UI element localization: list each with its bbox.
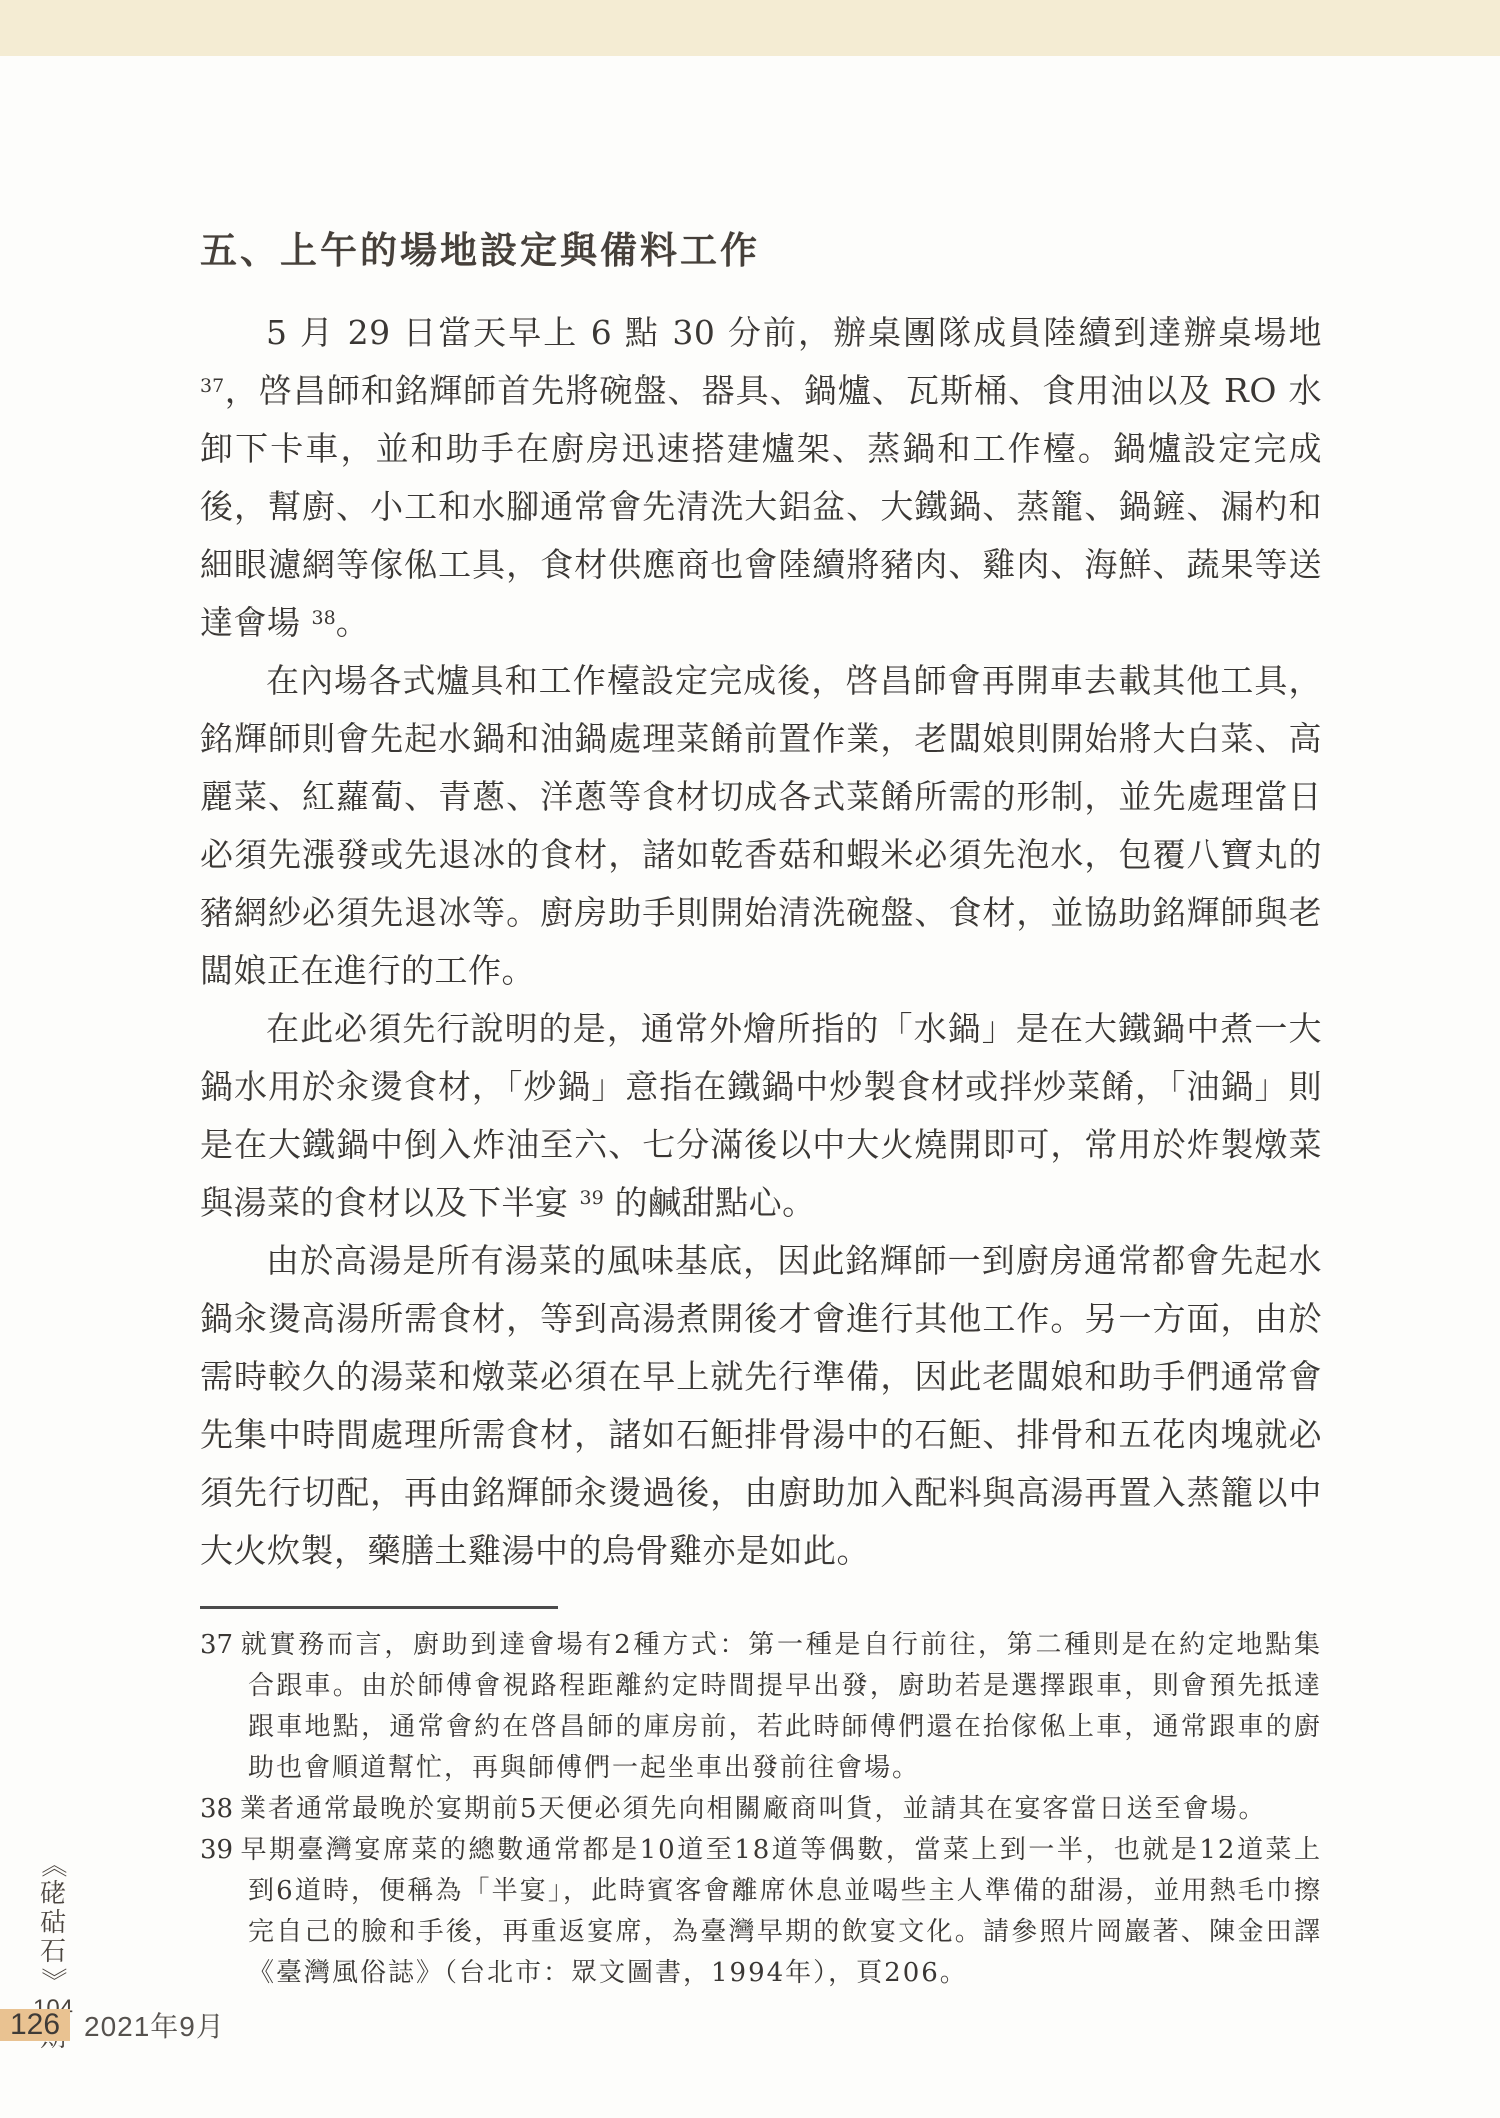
page-content: 五、上午的場地設定與備料工作 5 月 29 日當天早上 6 點 30 分前，辦桌… bbox=[200, 228, 1322, 1994]
journal-title-char: 石 bbox=[40, 1937, 66, 1966]
footnote-ref: 37 bbox=[200, 375, 224, 397]
footnote-ref: 39 bbox=[580, 1187, 604, 1209]
paragraph: 在此必須先行說明的是，通常外燴所指的「水鍋」是在大鐵鍋中煮一大鍋水用於汆燙食材，… bbox=[200, 1000, 1322, 1232]
page-footer: 126 2021年9月 bbox=[0, 2008, 225, 2042]
footnotes: 37就實務而言，廚助到達會場有2種方式：第一種是自行前往，第二種則是在約定地點集… bbox=[200, 1625, 1322, 1994]
footnote-number: 38 bbox=[200, 1789, 240, 1830]
footnote-number: 37 bbox=[200, 1625, 240, 1666]
body-paragraphs: 5 月 29 日當天早上 6 點 30 分前，辦桌團隊成員陸續到達辦桌場地 37… bbox=[200, 304, 1322, 1580]
section-heading: 五、上午的場地設定與備料工作 bbox=[200, 228, 1322, 274]
footnote: 38業者通常最晚於宴期前5天便必須先向相關廠商叫貨，並請其在宴客當日送至會場。 bbox=[200, 1789, 1322, 1830]
journal-title-char: 𥑮 bbox=[40, 1908, 66, 1937]
paragraph: 在內場各式爐具和工作檯設定完成後，啓昌師會再開車去載其他工具，銘輝師則會先起水鍋… bbox=[200, 652, 1322, 1000]
paragraph: 5 月 29 日當天早上 6 點 30 分前，辦桌團隊成員陸續到達辦桌場地 37… bbox=[200, 304, 1322, 652]
journal-page: 五、上午的場地設定與備料工作 5 月 29 日當天早上 6 點 30 分前，辦桌… bbox=[0, 0, 1500, 2118]
journal-title-char: 硓 bbox=[40, 1879, 66, 1908]
paragraph: 由於高湯是所有湯菜的風味基底，因此銘輝師一到廚房通常都會先起水鍋汆燙高湯所需食材… bbox=[200, 1232, 1322, 1580]
journal-title-char: 《 bbox=[38, 1851, 67, 1877]
page-top-band bbox=[0, 0, 1500, 56]
footnote-number: 39 bbox=[200, 1830, 240, 1871]
footnote: 37就實務而言，廚助到達會場有2種方式：第一種是自行前往，第二種則是在約定地點集… bbox=[200, 1625, 1322, 1789]
journal-title-char: 》 bbox=[38, 1967, 67, 1993]
footnote-separator bbox=[200, 1606, 558, 1609]
footnote-ref: 38 bbox=[312, 607, 336, 629]
page-number-badge: 126 bbox=[0, 2009, 70, 2041]
footer-date: 2021年9月 bbox=[84, 2005, 225, 2045]
footnote: 39早期臺灣宴席菜的總數通常都是10道至18道等偶數，當菜上到一半，也就是12道… bbox=[200, 1830, 1322, 1994]
